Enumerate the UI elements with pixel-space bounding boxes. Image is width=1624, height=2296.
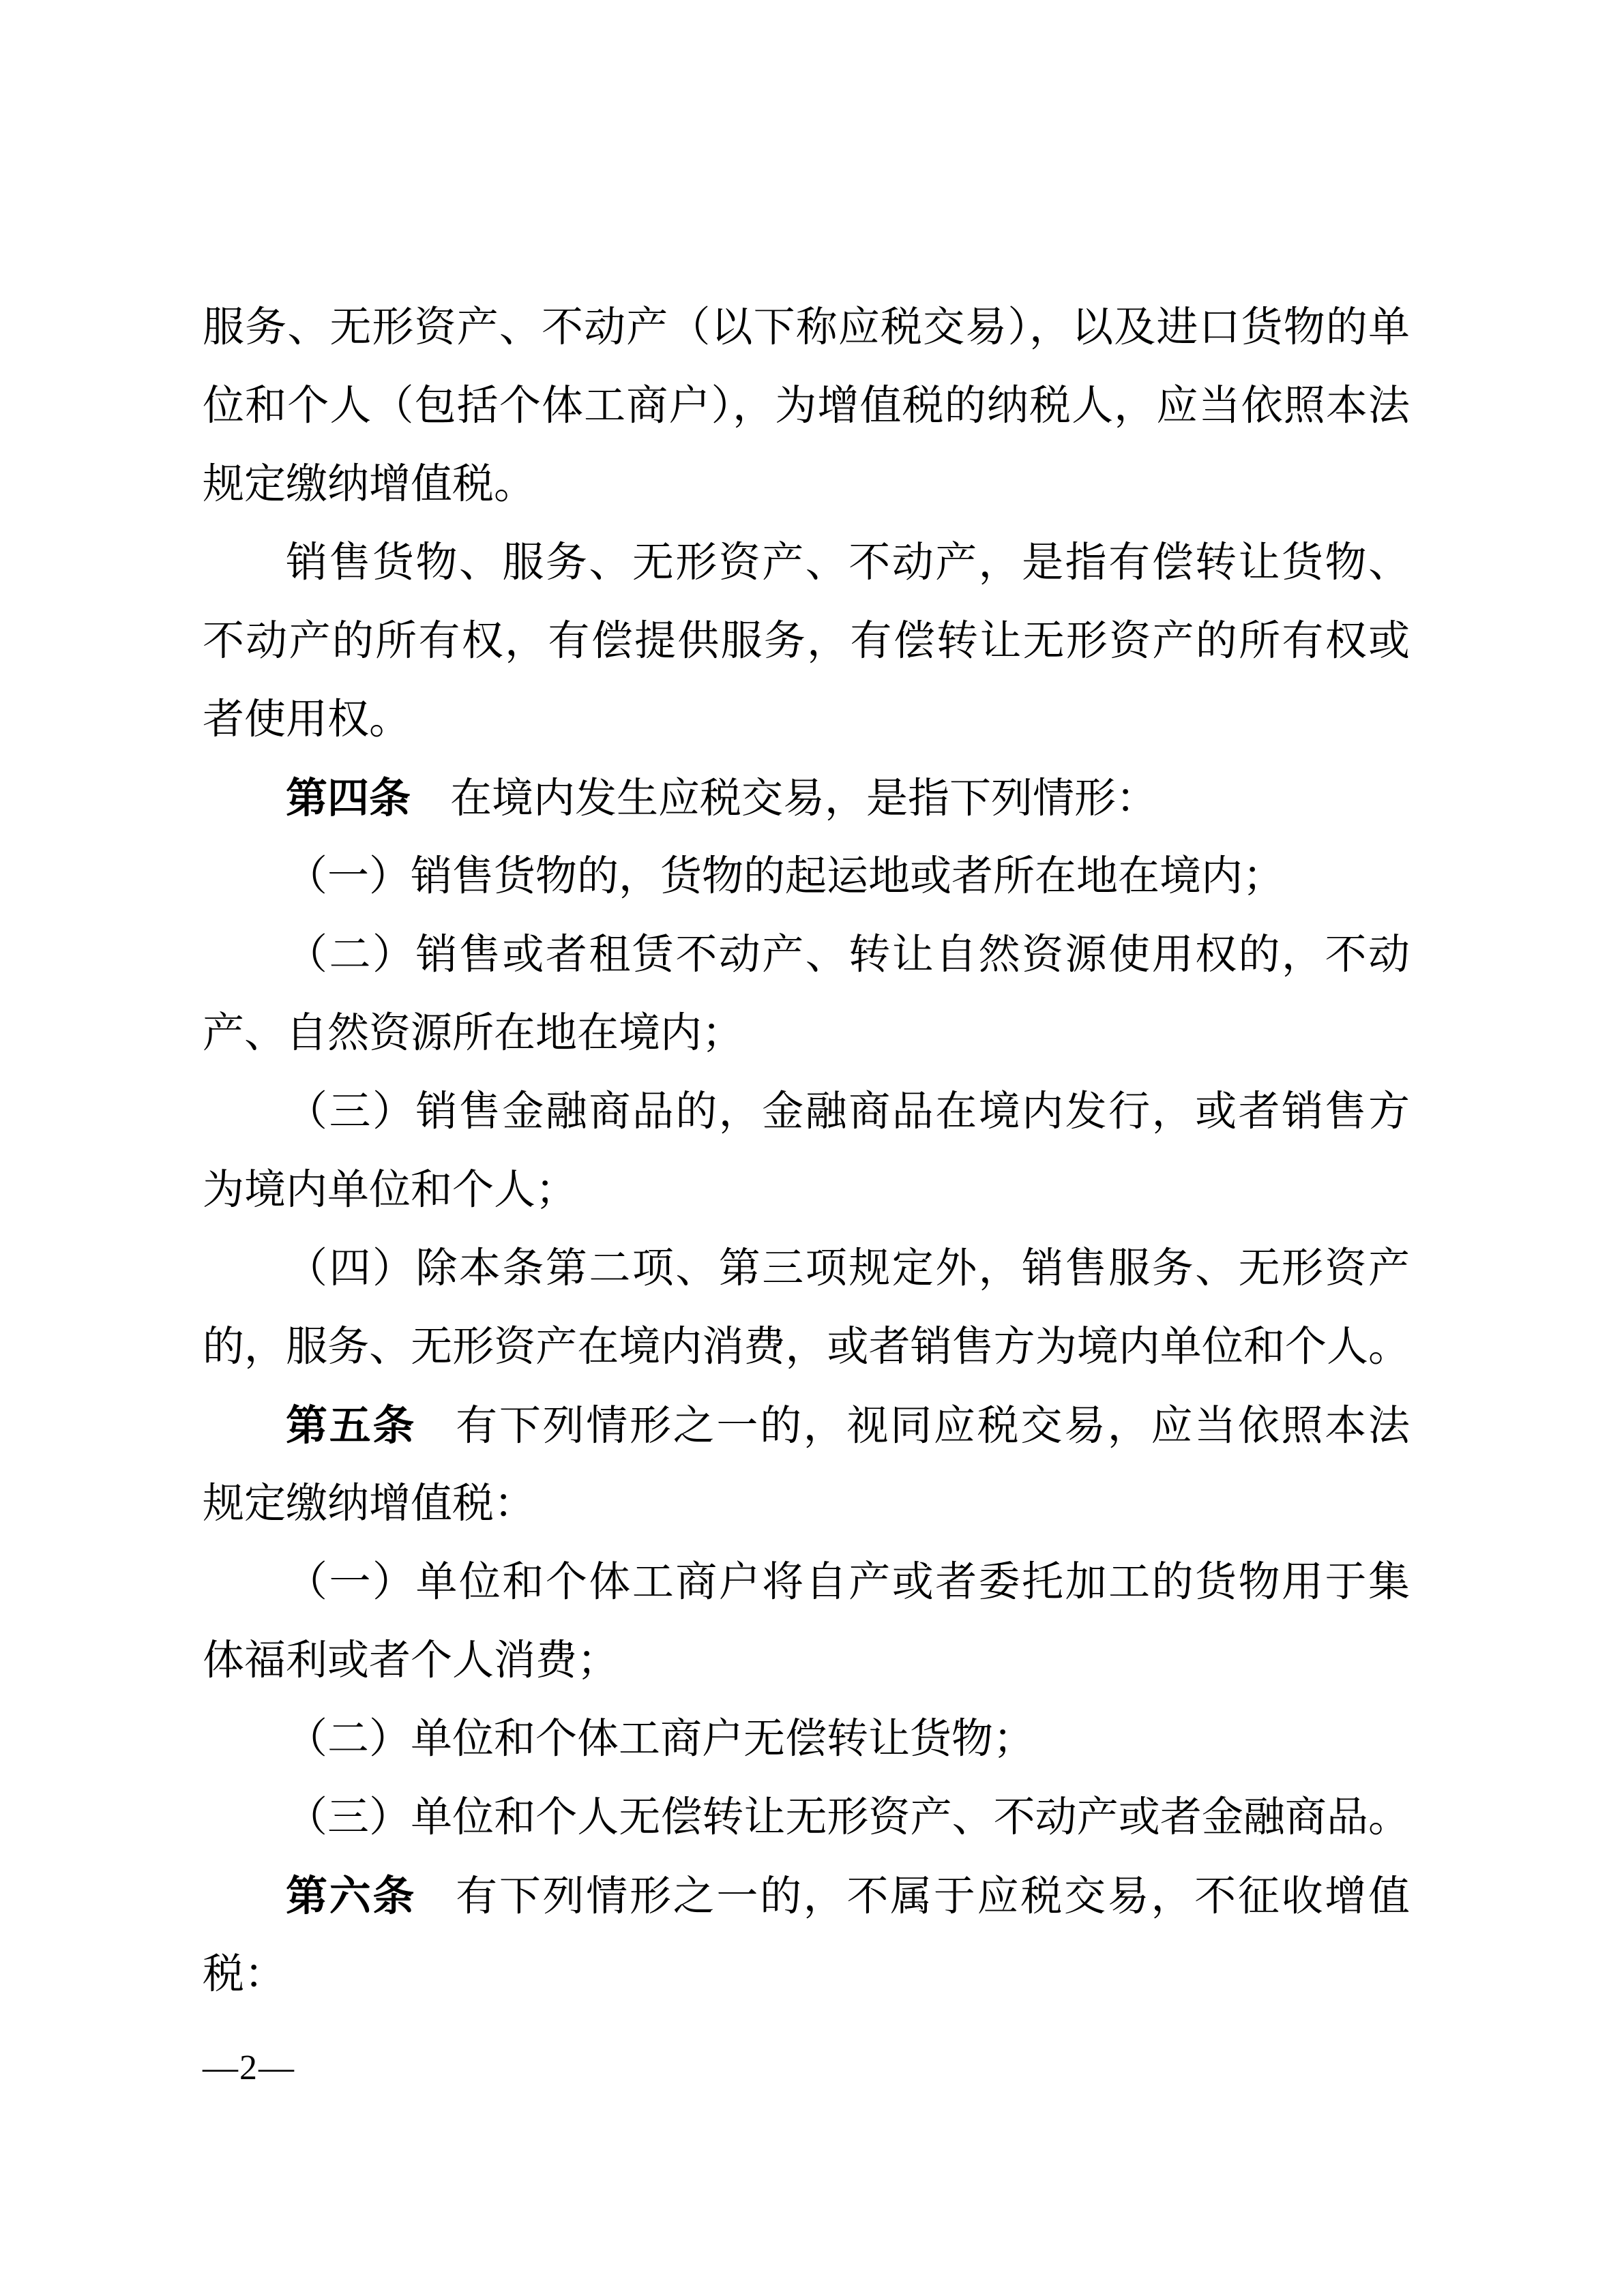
- text-line: 不动产的所有权，有偿提供服务，有偿转让无形资产的所有权或: [203, 602, 1410, 681]
- article-text: 在境内发生应税交易，是指下列情形：: [450, 776, 1157, 822]
- text-line: 服务、无形资产、不动产（以下称应税交易），以及进口货物的单: [203, 288, 1410, 367]
- text-line: 产、自然资源所在地在境内；: [203, 994, 1410, 1073]
- text-block: 服务、无形资产、不动产（以下称应税交易），以及进口货物的单位和个人（包括个体工商…: [203, 288, 1410, 2014]
- text-line: 第五条有下列情形之一的，视同应税交易，应当依照本法: [203, 1386, 1410, 1465]
- text-line: 规定缴纳增值税。: [203, 445, 1410, 524]
- text-line: 为境内单位和个人；: [203, 1151, 1410, 1229]
- text-line: （一）单位和个体工商户将自产或者委托加工的货物用于集: [203, 1543, 1410, 1622]
- article-text: 有下列情形之一的，不属于应税交易，不征收增值: [456, 1874, 1410, 1920]
- text-line: （一）销售货物的，货物的起运地或者所在地在境内；: [203, 837, 1410, 916]
- text-line: 第六条有下列情形之一的，不属于应税交易，不征收增值: [203, 1857, 1410, 1935]
- text-line: 位和个人（包括个体工商户），为增值税的纳税人，应当依照本法: [203, 367, 1410, 445]
- text-line: 规定缴纳增值税：: [203, 1465, 1410, 1543]
- article-number: 第四条: [286, 775, 411, 821]
- text-line: 销售货物、服务、无形资产、不动产，是指有偿转让货物、: [203, 524, 1410, 602]
- article-number: 第六条: [286, 1873, 416, 1919]
- text-line: （三）单位和个人无偿转让无形资产、不动产或者金融商品。: [203, 1778, 1410, 1857]
- article-text: 有下列情形之一的，视同应税交易，应当依照本法: [456, 1403, 1410, 1449]
- text-line: （二）单位和个体工商户无偿转让货物；: [203, 1700, 1410, 1778]
- text-line: （二）销售或者租赁不动产、转让自然资源使用权的，不动: [203, 916, 1410, 994]
- text-line: 者使用权。: [203, 681, 1410, 759]
- text-line: 体福利或者个人消费；: [203, 1622, 1410, 1700]
- text-line: （三）销售金融商品的，金融商品在境内发行，或者销售方: [203, 1073, 1410, 1151]
- text-line: 的，服务、无形资产在境内消费，或者销售方为境内单位和个人。: [203, 1308, 1410, 1386]
- article-number: 第五条: [286, 1402, 416, 1448]
- document-page: 服务、无形资产、不动产（以下称应税交易），以及进口货物的单位和个人（包括个体工商…: [0, 0, 1624, 2296]
- text-line: 第四条在境内发生应税交易，是指下列情形：: [203, 759, 1410, 837]
- page-number: —2—: [203, 2047, 295, 2089]
- text-line: 税：: [203, 1935, 1410, 2014]
- text-line: （四）除本条第二项、第三项规定外，销售服务、无形资产: [203, 1229, 1410, 1308]
